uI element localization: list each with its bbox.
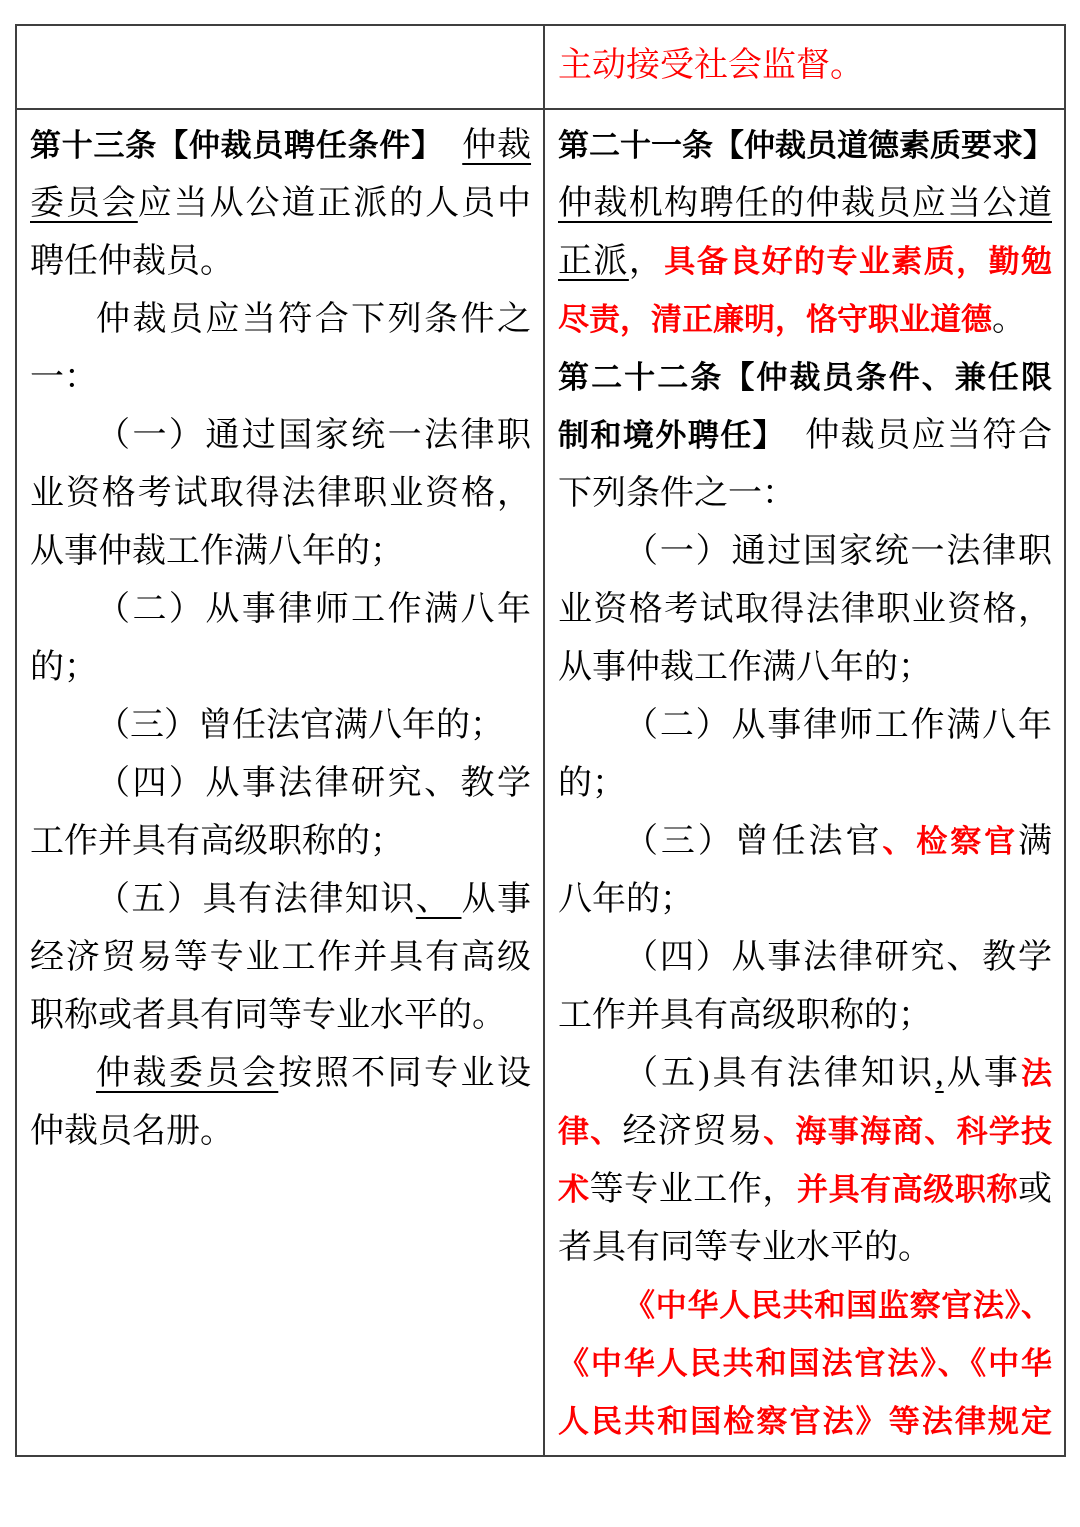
text-run: 、检察官 xyxy=(882,824,1018,859)
text-run: 仲裁委员会 xyxy=(96,1055,278,1092)
paragraph: （二）从事律师工作满八年的； xyxy=(558,697,1052,813)
comparison-table: 主动接受社会监督。第十三条【仲裁员聘任条件】 仲裁委员会应当从公道正派的人员中聘… xyxy=(15,24,1066,1457)
paragraph: （一）通过国家统一法律职业资格考试取得法律职业资格，从事仲裁工作满八年的； xyxy=(558,523,1052,697)
document-page: 主动接受社会监督。第十三条【仲裁员聘任条件】 仲裁委员会应当从公道正派的人员中聘… xyxy=(0,0,1080,1527)
text-run: 等专业工作， xyxy=(590,1171,797,1208)
text-run: , xyxy=(935,1055,944,1092)
paragraph: （四）从事法律研究、教学工作并具有高级职称的； xyxy=(30,755,531,871)
paragraph: （五）具有法律知识、 从事经济贸易等专业工作并具有高级职称或者具有同等专业水平的… xyxy=(30,871,531,1045)
table-row-articles: 第十三条【仲裁员聘任条件】 仲裁委员会应当从公道正派的人员中聘任仲裁员。仲裁员应… xyxy=(17,110,1064,1455)
text-run: ， xyxy=(629,243,664,280)
cell-old-law-empty xyxy=(17,26,545,108)
text-run: 并具有高级职称 xyxy=(797,1172,1018,1207)
text-run: （二）从事律师工作满八年的； xyxy=(30,591,531,686)
text-run: （四）从事法律研究、教学工作并具有高级职称的； xyxy=(30,765,531,860)
paragraph: 《中华人民共和国监察官法》、《中华人民共和国法官法》、《中华人民共和国检察官法》… xyxy=(558,1277,1052,1455)
text-run xyxy=(427,127,462,164)
paragraph: 第二十一条【仲裁员道德素质要求】仲裁机构聘任的仲裁员应当公道正派，具备良好的专业… xyxy=(558,117,1052,349)
text-run: （一）通过国家统一法律职业资格考试取得法律职业资格，从事仲裁工作满八年的； xyxy=(558,533,1052,686)
cell-new-law-supervision: 主动接受社会监督。 xyxy=(545,26,1064,108)
paragraph: （三）曾任法官、检察官满八年的； xyxy=(558,813,1052,929)
paragraph: 第十三条【仲裁员聘任条件】 仲裁委员会应当从公道正派的人员中聘任仲裁员。 xyxy=(30,117,531,291)
text-run: 经济贸易 xyxy=(622,1113,763,1150)
text-run: （一）通过国家统一法律职业资格考试取得法律职业资格，从事仲裁工作满八年的； xyxy=(30,417,531,570)
text-run: 仲裁员应当符合下列条件之一： xyxy=(30,301,531,396)
text-run: 第十三条【仲裁员聘任条件】 xyxy=(30,128,427,163)
cell-old-law-article-13: 第十三条【仲裁员聘任条件】 仲裁委员会应当从公道正派的人员中聘任仲裁员。仲裁员应… xyxy=(17,110,545,1455)
paragraph: （五)具有法律知识,从事法律、经济贸易、海事海商、科学技术等专业工作，并具有高级… xyxy=(558,1045,1052,1277)
text-run: 从事 xyxy=(944,1055,1021,1092)
paragraph: （一）通过国家统一法律职业资格考试取得法律职业资格，从事仲裁工作满八年的； xyxy=(30,407,531,581)
text-run: （四）从事法律研究、教学工作并具有高级职称的； xyxy=(558,939,1052,1034)
paragraph: （二）从事律师工作满八年的； xyxy=(30,581,531,697)
table-row-continuation: 主动接受社会监督。 xyxy=(17,26,1064,110)
text-run xyxy=(770,417,805,454)
cell-new-law-articles-21-22: 第二十一条【仲裁员道德素质要求】仲裁机构聘任的仲裁员应当公道正派，具备良好的专业… xyxy=(545,110,1064,1455)
paragraph: （四）从事法律研究、教学工作并具有高级职称的； xyxy=(558,929,1052,1045)
paragraph: 仲裁员应当符合下列条件之一： xyxy=(30,291,531,407)
text-run: 《中华人民共和国监察官法》、《中华人民共和国法官法》、《中华人民共和国检察官法》… xyxy=(558,1288,1052,1455)
text-run: 第二十一条【仲裁员道德素质要求】 xyxy=(558,128,1054,163)
paragraph: 主动接受社会监督。 xyxy=(558,37,1052,95)
paragraph: （三）曾任法官满八年的； xyxy=(30,697,531,755)
paragraph: 第二十二条【仲裁员条件、兼任限制和境外聘任】 仲裁员应当符合下列条件之一： xyxy=(558,349,1052,523)
text-run: （二）从事律师工作满八年的； xyxy=(558,707,1052,802)
text-run: 、 xyxy=(416,881,462,918)
text-run: （三）曾任法官 xyxy=(624,823,882,860)
text-run: 。 xyxy=(992,301,1026,338)
text-run: （三）曾任法官满八年的； xyxy=(96,707,504,744)
text-run: （五）具有法律知识 xyxy=(96,881,416,918)
text-run: （五)具有法律知识 xyxy=(624,1055,935,1092)
paragraph: 仲裁委员会按照不同专业设仲裁员名册。 xyxy=(30,1045,531,1161)
text-run: 主动接受社会监督。 xyxy=(558,47,864,84)
